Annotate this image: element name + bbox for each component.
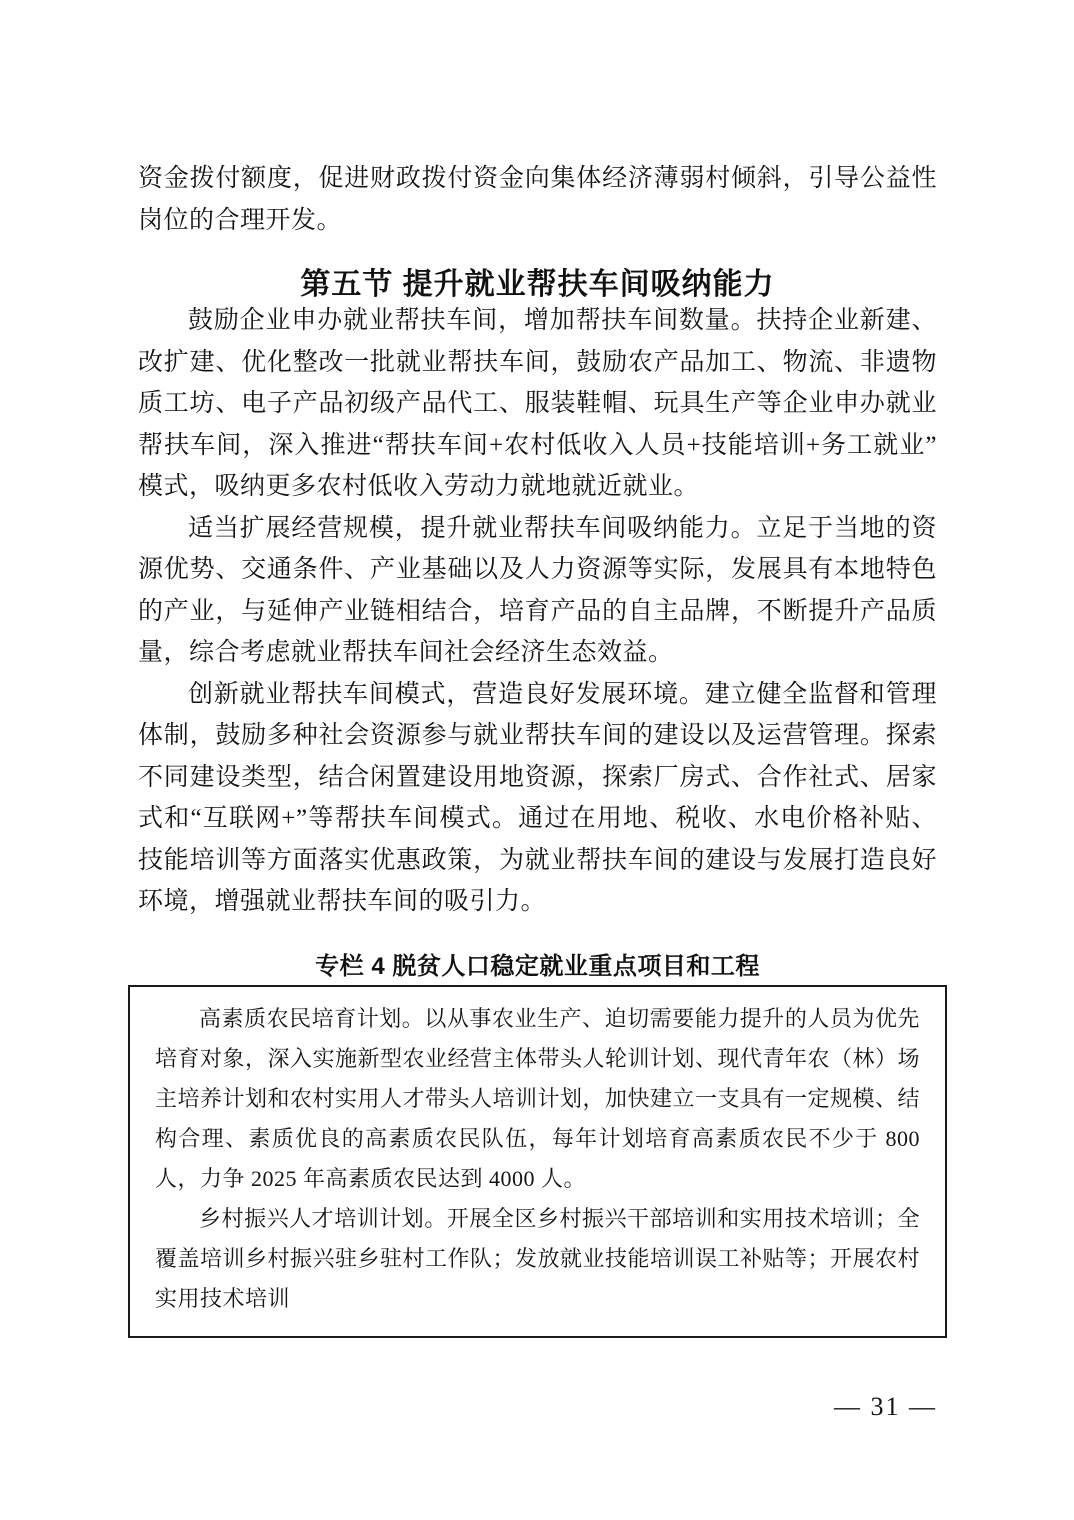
- text-column: 资金拨付额度，促进财政拨付资金向集体经济薄弱村倾斜，引导公益性岗位的合理开发。 …: [138, 0, 937, 1338]
- section-heading: 第五节 提升就业帮扶车间吸纳能力: [138, 270, 937, 300]
- document-page: 资金拨付额度，促进财政拨付资金向集体经济薄弱村倾斜，引导公益性岗位的合理开发。 …: [0, 0, 1074, 1520]
- body-paragraph-1: 鼓励企业申办就业帮扶车间，增加帮扶车间数量。扶持企业新建、改扩建、优化整改一批就…: [138, 300, 937, 508]
- callout-title: 专栏 4 脱贫人口稳定就业重点项目和工程: [138, 955, 937, 979]
- callout-box: 高素质农民培育计划。以从事农业生产、迫切需要能力提升的人员为优先培育对象，深入实…: [128, 985, 947, 1338]
- callout-paragraph-1: 高素质农民培育计划。以从事农业生产、迫切需要能力提升的人员为优先培育对象，深入实…: [155, 999, 920, 1199]
- body-paragraph-3: 创新就业帮扶车间模式，营造良好发展环境。建立健全监督和管理体制，鼓励多种社会资源…: [138, 674, 937, 923]
- callout-paragraph-2: 乡村振兴人才培训计划。开展全区乡村振兴干部培训和实用技术培训；全覆盖培训乡村振兴…: [155, 1199, 920, 1319]
- page-number: — 31 —: [834, 1392, 937, 1422]
- continuation-paragraph: 资金拨付额度，促进财政拨付资金向集体经济薄弱村倾斜，引导公益性岗位的合理开发。: [138, 158, 937, 241]
- body-paragraph-2: 适当扩展经营规模，提升就业帮扶车间吸纳能力。立足于当地的资源优势、交通条件、产业…: [138, 508, 937, 674]
